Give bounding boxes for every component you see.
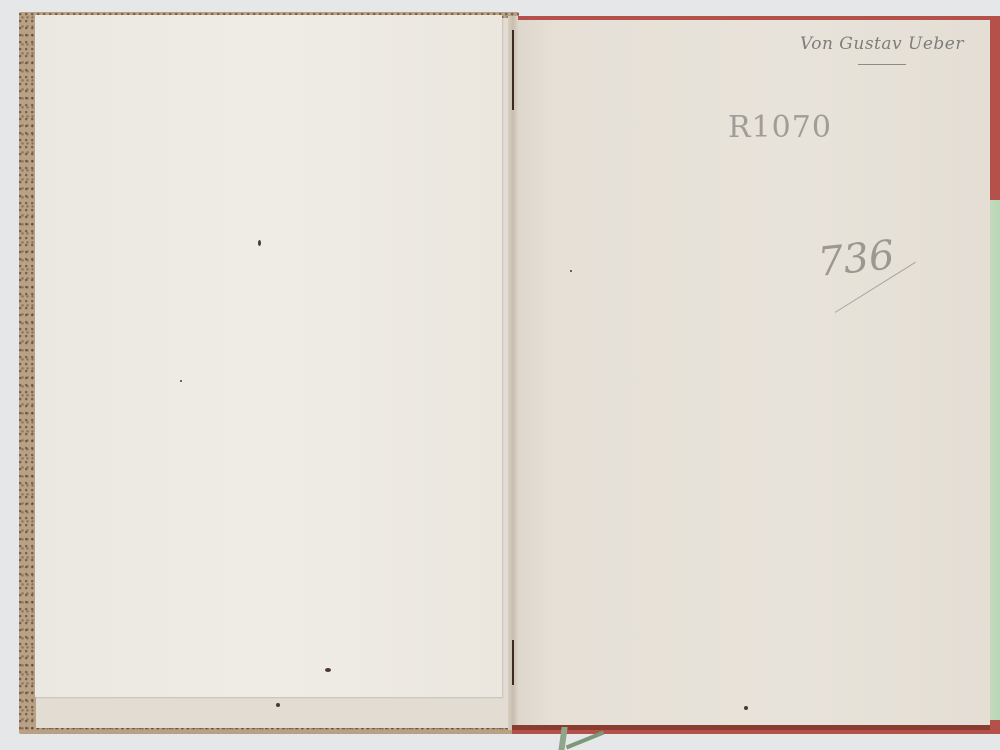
ink-speck: [276, 703, 280, 707]
bottom-cover-edge: [512, 725, 990, 730]
ink-speck: [258, 240, 261, 246]
open-book: Von Gustav Ueber R1070 736: [0, 0, 1000, 750]
ink-speck: [180, 380, 182, 382]
ink-speck: [325, 668, 331, 672]
inscription-underline: [858, 64, 906, 65]
owner-inscription: Von Gustav Ueber: [800, 34, 964, 54]
pencil-number: 736: [816, 232, 897, 286]
shelf-mark: R1070: [728, 110, 832, 145]
gutter-tear: [512, 30, 514, 110]
gutter-tear: [512, 640, 514, 685]
book-gutter: [508, 16, 518, 730]
left-blank-flyleaf: [35, 15, 502, 697]
ink-speck: [570, 270, 572, 272]
ink-speck: [744, 706, 748, 710]
